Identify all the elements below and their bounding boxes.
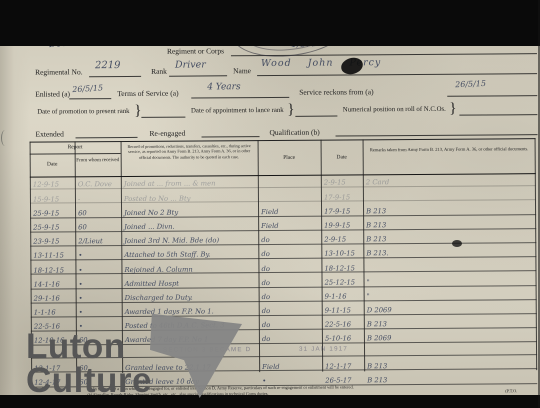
cell-remarks: B 213 — [363, 221, 536, 229]
pto-label: (P.T.O. — [505, 388, 517, 393]
cell-date2: 17-9-15 — [321, 208, 363, 215]
regimental-no-line — [89, 76, 141, 77]
cell-record: Granted leave to 22.1.17 — [122, 364, 259, 372]
terms-value: 4 Years — [207, 82, 240, 92]
cell-from: • — [76, 281, 122, 288]
cell-place: Field — [259, 363, 322, 370]
cell-remarks: B 2069 — [364, 335, 537, 343]
ink-smudge — [452, 240, 462, 247]
promotion-group: Date of promotion to present rank } — [34, 103, 141, 121]
cell-place: do — [258, 251, 321, 258]
header-from-whom: From whom received — [75, 158, 121, 164]
cell-record: Awarded 1 days F.P. No 1. — [122, 308, 259, 316]
cell-record: Posted to 46th D.A.C. Sect. 3 — [122, 322, 259, 330]
lance-line — [295, 116, 337, 117]
header-remarks: Remarks taken from Army Form B. 213, Arm… — [366, 146, 533, 153]
cell-date2: 2-9-15 — [321, 180, 363, 187]
cell-from: • — [76, 323, 122, 330]
regimental-no-value: 2219 — [95, 60, 121, 71]
reckons-value: 26/5/15 — [455, 79, 486, 89]
cell-from: 60 — [76, 337, 122, 344]
brace: } — [449, 101, 456, 118]
cell-record: Admitted Hospt — [122, 280, 259, 288]
reengaged-label: Re-engaged — [149, 129, 185, 138]
cell-date2: 12-1-17 — [322, 363, 364, 370]
cell-remarks: B 213 — [363, 207, 536, 215]
cell-place: do — [258, 265, 321, 272]
cell-date2: 25-12-15 — [322, 279, 364, 286]
brace: } — [287, 102, 294, 119]
cell-date2: 19-9-15 — [321, 222, 363, 229]
cell-record: Joined No 2 Bty — [121, 209, 258, 217]
header-report-line — [30, 153, 121, 155]
cell-date2: 9-1-16 — [322, 293, 364, 300]
cell-from: 60 — [75, 210, 121, 217]
cell-date2: 5-10-16 — [322, 336, 364, 343]
enlisted-value: 26/5/15 — [72, 83, 103, 94]
qualification-label: Qualification (b) — [269, 128, 319, 137]
lance-group: Date of appointment to lance rank } — [189, 102, 294, 120]
rank-label: Rank — [151, 67, 167, 76]
casualty-table: Report Date From whom received Record of… — [30, 138, 538, 374]
cell-record: Joined ... Divn. — [121, 223, 258, 231]
torn-edge-top — [0, 0, 540, 46]
cell-date: 18-12-15 — [30, 267, 75, 274]
regiment-label: Regiment or Corps — [167, 46, 224, 55]
cell-remarks: 2 Card — [363, 179, 536, 187]
extended-label: Extended — [35, 129, 63, 138]
extended-line — [76, 137, 138, 138]
cell-remarks: " — [364, 278, 537, 286]
cell-from: - — [75, 196, 121, 203]
reengaged-line — [202, 136, 260, 137]
cell-remarks: " — [364, 292, 537, 300]
cell-date: 14-1-16 — [31, 281, 76, 288]
header-report: Report — [30, 144, 121, 151]
roll-line — [459, 114, 537, 116]
cell-from: • — [75, 267, 121, 274]
terms-label: Terms of Service (a) — [117, 89, 178, 98]
cell-from: • — [75, 252, 121, 259]
roll-group: Numerical position on roll of N.C.Os. } — [341, 101, 456, 119]
cell-date2: 17-9-15 — [321, 194, 363, 201]
cell-date: 29-1-16 — [31, 295, 76, 302]
cell-date2: 18-12-15 — [321, 265, 363, 272]
enlisted-line — [69, 98, 111, 99]
cell-date: 25-9-15 — [30, 224, 75, 231]
regimental-no-label: Regimental No. — [35, 67, 83, 76]
cell-from: 60 — [76, 379, 122, 386]
roll-label: Numerical position on roll of N.C.Os. — [341, 105, 447, 114]
cell-from: 60 — [76, 365, 122, 372]
cell-record: Joined at ... from ... & men — [121, 180, 258, 188]
cell-place: do — [259, 279, 322, 286]
torn-edge-bottom — [0, 395, 540, 408]
rank-value: Driver — [175, 59, 206, 70]
cell-date2: 9-11-15 — [322, 307, 364, 314]
cell-record: Awarded 7 day F.P. No 1 — [122, 337, 259, 345]
promotion-line — [141, 117, 185, 118]
cell-remarks: D 2069 — [364, 306, 537, 314]
cell-place: do — [259, 308, 322, 315]
promotion-label: Date of promotion to present rank — [34, 108, 132, 116]
cell-place: do — [259, 294, 322, 301]
cell-date2: 13-10-15 — [321, 251, 363, 258]
name-line — [257, 73, 537, 76]
header-date2: Date — [321, 154, 363, 160]
cell-remarks: B 213 — [364, 320, 537, 328]
cell-from: • — [76, 295, 122, 302]
scanned-document: (1901)—W. W288—1278.—500,000.—11-14.—H. … — [0, 0, 540, 408]
terms-line — [191, 97, 289, 99]
cell-remarks: B 213 — [364, 362, 537, 370]
cell-record: Posted to No ... Bty — [121, 195, 258, 203]
enlisted-label: Enlisted (a) — [35, 89, 70, 98]
rank-line — [169, 75, 227, 76]
cell-date: 12-9-15 — [30, 182, 75, 189]
cell-from: O.C. Dove — [75, 181, 121, 188]
cell-record: Rejoined A. Column — [121, 266, 258, 274]
header-record: Record of promotions, reductions, transf… — [124, 143, 255, 160]
form-content: (1901)—W. W288—1278.—500,000.—11-14.—H. … — [0, 0, 540, 408]
cell-date: 13-11-15 — [30, 253, 75, 260]
cell-date: 12-10-16 — [31, 338, 76, 345]
name-value: Wood John Percy — [261, 57, 381, 69]
table-rows: 12-9-15O.C. DoveJoined at ... from ... &… — [30, 172, 537, 387]
cell-date2: 22-5-16 — [322, 322, 364, 329]
name-label: Name — [233, 66, 251, 75]
cell-from: 2/Lieut — [75, 238, 121, 245]
cell-record: Discharged to Duty. — [122, 294, 259, 302]
header-date: Date — [30, 161, 75, 167]
qualification-line — [336, 134, 538, 136]
reckons-label: Service reckons from (a) — [299, 87, 373, 97]
cell-remarks: B 213 — [363, 235, 536, 243]
cell-date: 15-9-15 — [30, 196, 75, 203]
cell-date: 12-4-17 — [31, 379, 76, 386]
cell-place: do — [259, 322, 322, 329]
cell-date: 13-1-17 — [31, 365, 76, 372]
cell-record: Attached to 5th Staff. By. — [121, 251, 258, 259]
cell-date: 1-1-16 — [31, 309, 76, 316]
cell-place: do — [259, 336, 322, 343]
section-stamp-date: 31 JAN 1917 — [299, 346, 348, 353]
cell-place: Field — [258, 223, 321, 230]
cell-record: Joined 3rd N. Mid. Bde (do) — [121, 237, 258, 245]
cell-date2: 2-9-15 — [321, 236, 363, 243]
cell-from: • — [76, 309, 122, 316]
reckons-line — [447, 95, 537, 97]
cell-date2: 26-5-17 — [322, 377, 364, 384]
header-place: Place — [258, 155, 321, 161]
cell-place: • — [259, 377, 322, 384]
cell-remarks — [363, 200, 536, 201]
cell-date: 23-9-15 — [30, 239, 75, 246]
cell-date: 22-5-16 — [31, 324, 76, 331]
lance-label: Date of appointment to lance rank — [189, 106, 285, 114]
cell-place: Field — [258, 208, 321, 215]
cell-remarks: B 213. — [363, 249, 536, 257]
section-stamp-text: SECTION 3 BECAME D — [163, 346, 251, 354]
cell-date: 25-9-15 — [30, 210, 75, 217]
scan-artifact — [1, 130, 9, 146]
cell-place: do — [258, 237, 321, 244]
cell-from: 60 — [75, 224, 121, 231]
